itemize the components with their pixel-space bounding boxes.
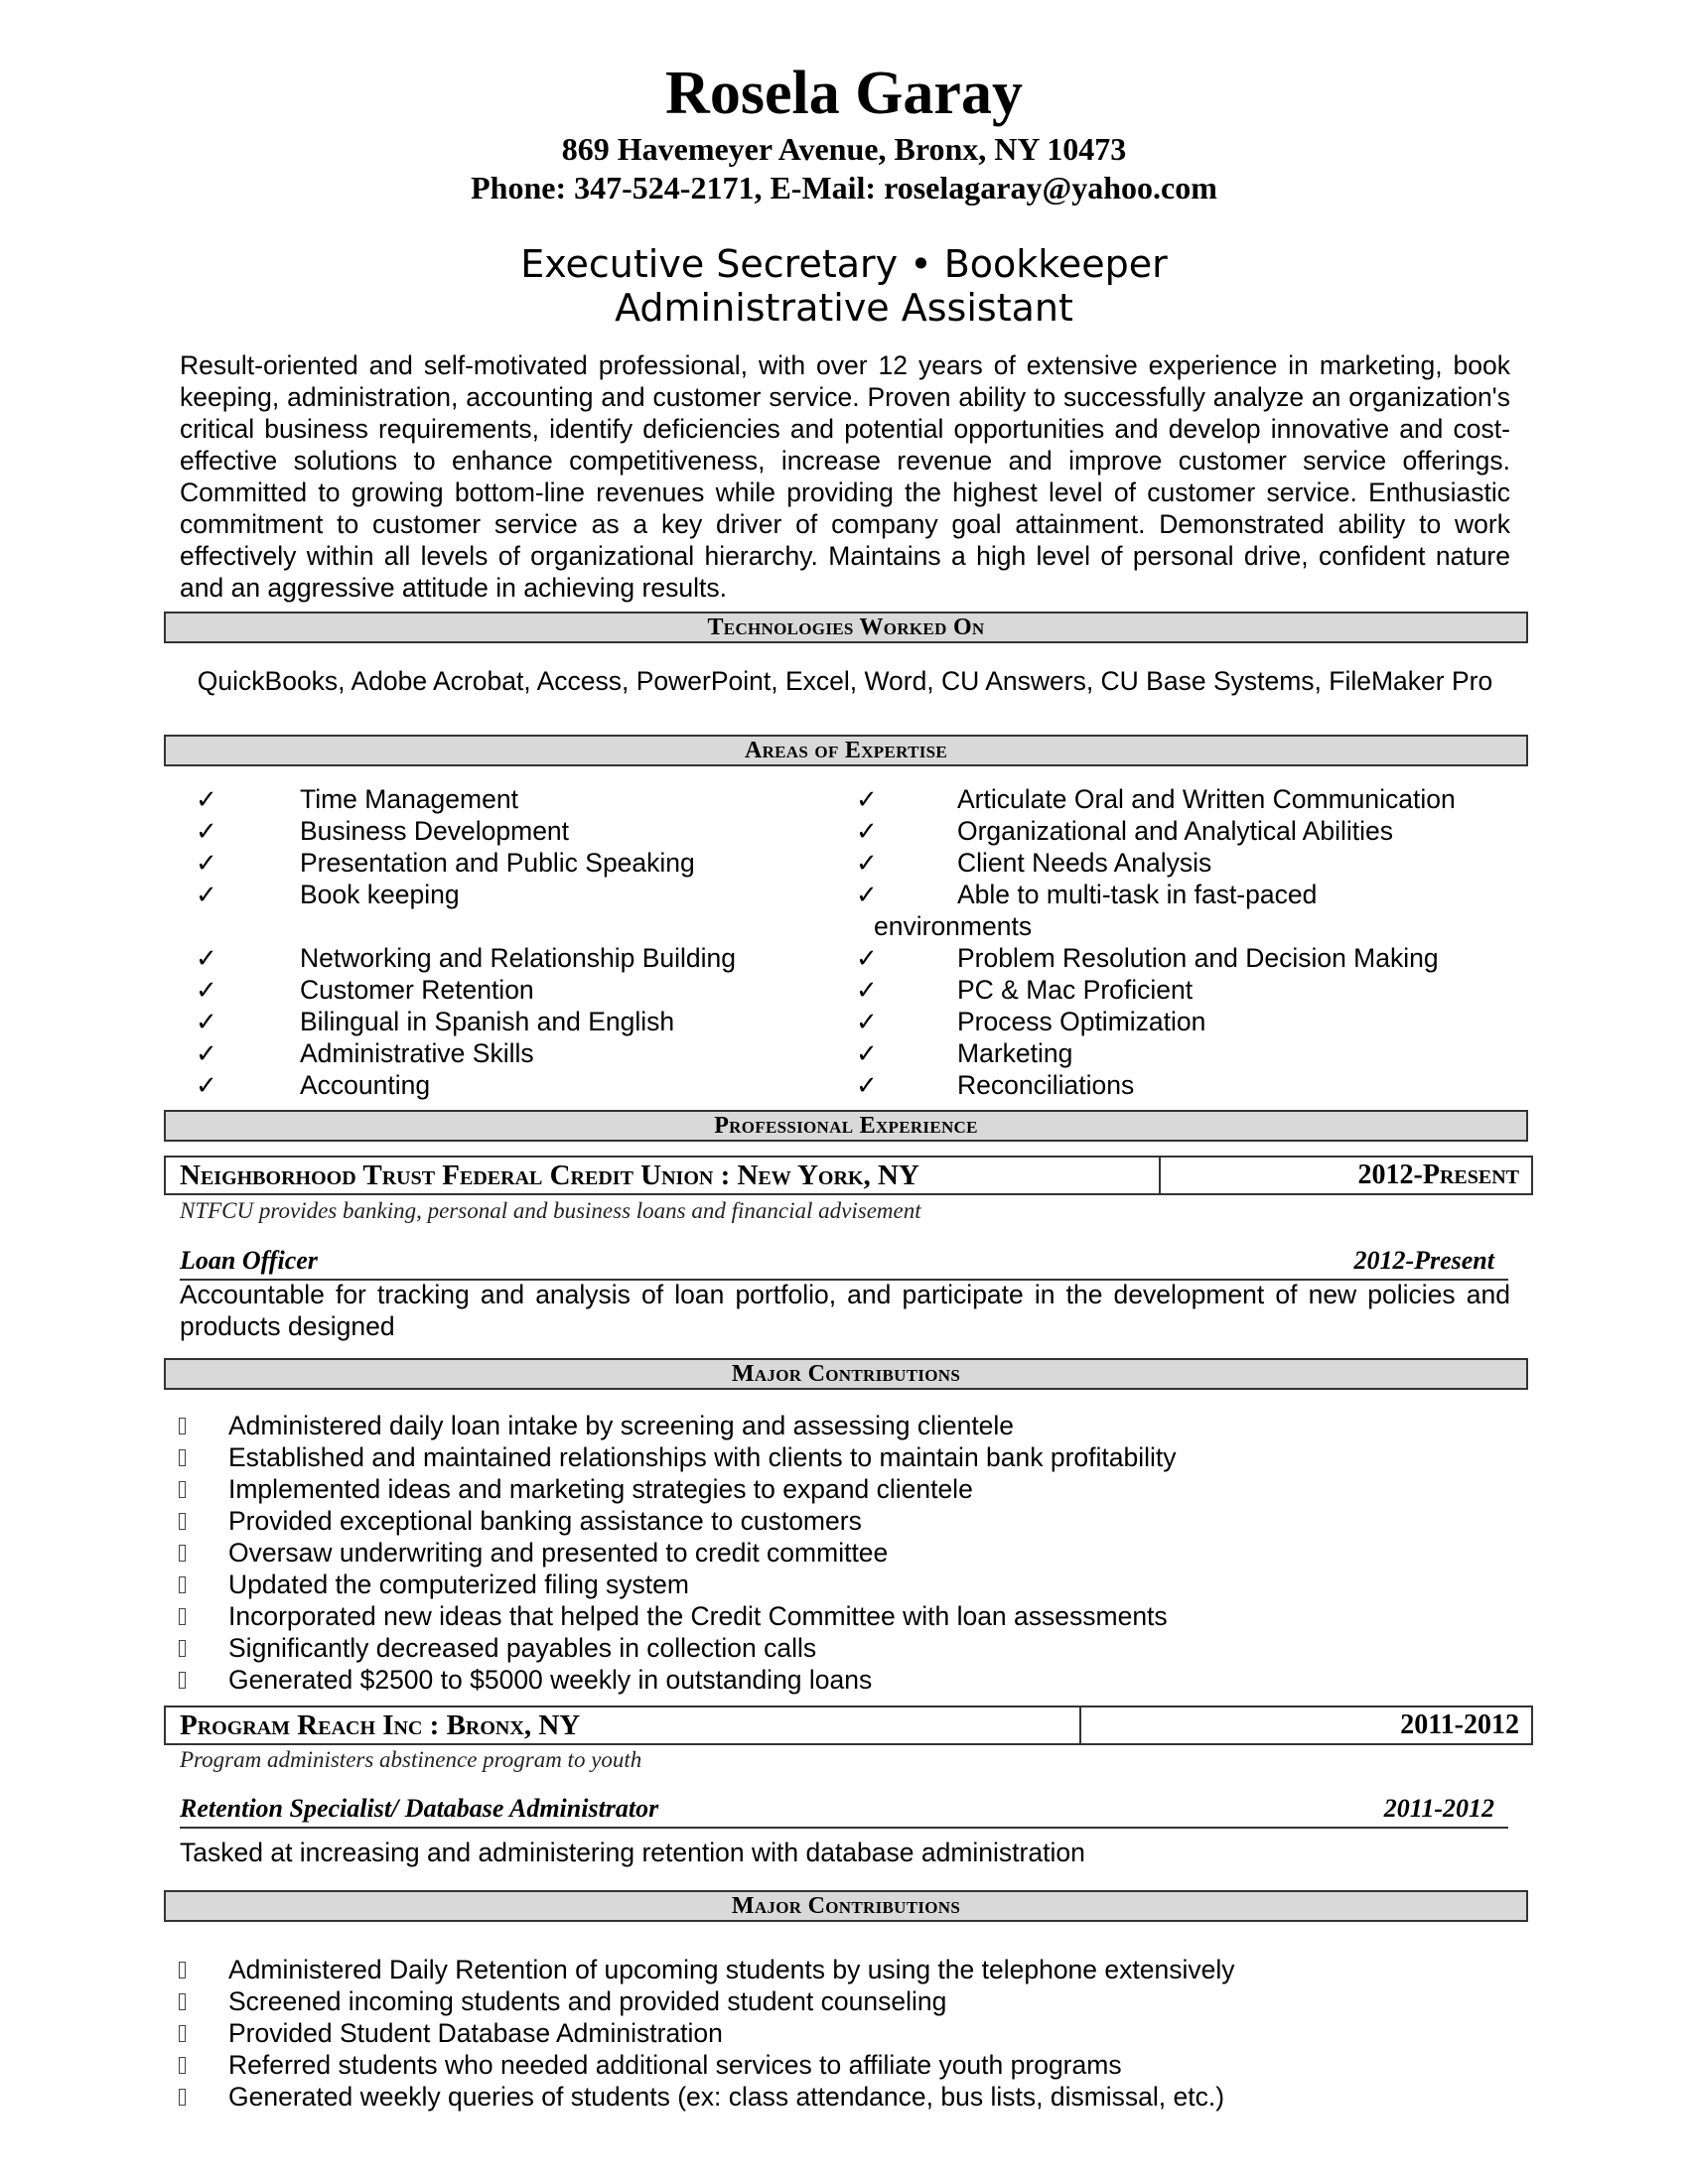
bullet-box-icon <box>179 1545 186 1562</box>
expertise-label: Customer Retention <box>300 974 534 1006</box>
candidate-address: 869 Havemeyer Avenue, Bronx, NY 10473 <box>0 129 1688 169</box>
contribution-text: Generated $2500 to $5000 weekly in outst… <box>228 1664 872 1696</box>
role-row: Retention Specialist/ Database Administr… <box>180 1793 1508 1829</box>
resume-page: Rosela Garay 869 Havemeyer Avenue, Bronx… <box>0 0 1688 2184</box>
check-icon: ✓ <box>856 847 878 879</box>
expertise-label: Articulate Oral and Written Communicatio… <box>957 783 1456 815</box>
expertise-label: Presentation and Public Speaking <box>300 847 695 879</box>
check-icon: ✓ <box>196 942 217 974</box>
role-title: Retention Specialist/ Database Administr… <box>180 1793 658 1825</box>
employer-row-divider <box>1079 1707 1081 1743</box>
expertise-label: Business Development <box>300 815 569 847</box>
check-icon: ✓ <box>196 1069 217 1101</box>
contribution-text: Generated weekly queries of students (ex… <box>228 2081 1224 2113</box>
contribution-text: Administered Daily Retention of upcoming… <box>228 1954 1234 1985</box>
expertise-label: Reconciliations <box>957 1069 1134 1101</box>
bullet-box-icon <box>179 1672 186 1689</box>
role-title: Loan Officer <box>180 1245 318 1277</box>
role-dates: 2011-2012 <box>1384 1793 1494 1825</box>
check-icon: ✓ <box>196 1006 217 1037</box>
employer-row: Program Reach Inc : Bronx, NY 2011-2012 <box>164 1706 1533 1745</box>
role-description: Accountable for tracking and analysis of… <box>180 1279 1510 1342</box>
employer-description: Program administers abstinence program t… <box>180 1745 641 1775</box>
bullet-box-icon <box>179 2025 186 2042</box>
professional-summary: Result-oriented and self-motivated profe… <box>180 349 1510 604</box>
employer-dates: 2012-Present <box>1358 1158 1519 1193</box>
job-title-line-1: Executive Secretary • Bookkeeper <box>0 242 1688 286</box>
contribution-text: Incorporated new ideas that helped the C… <box>228 1600 1168 1632</box>
candidate-name: Rosela Garay <box>0 58 1688 129</box>
bullet-box-icon <box>179 1640 186 1657</box>
bullet-box-icon <box>179 2057 186 2074</box>
expertise-label: Process Optimization <box>957 1006 1205 1037</box>
bullet-box-icon <box>179 1962 186 1979</box>
section-header-contributions-1: Major Contributions <box>164 1358 1528 1390</box>
contribution-text: Updated the computerized filing system <box>228 1569 689 1600</box>
employer-name: Neighborhood Trust Federal Credit Union … <box>180 1158 919 1193</box>
bullet-box-icon <box>179 1449 186 1466</box>
expertise-label: Able to multi-task in fast-paced <box>957 879 1317 910</box>
check-icon: ✓ <box>196 815 217 847</box>
check-icon: ✓ <box>196 847 217 879</box>
contribution-text: Significantly decreased payables in coll… <box>228 1632 816 1664</box>
expertise-label: Administrative Skills <box>300 1037 534 1069</box>
check-icon: ✓ <box>856 815 878 847</box>
job-title-line-2: Administrative Assistant <box>0 286 1688 330</box>
expertise-label: Organizational and Analytical Abilities <box>957 815 1393 847</box>
expertise-label: Marketing <box>957 1037 1072 1069</box>
expertise-label: PC & Mac Proficient <box>957 974 1193 1006</box>
check-icon: ✓ <box>196 879 217 910</box>
check-icon: ✓ <box>856 1037 878 1069</box>
bullet-box-icon <box>179 1513 186 1530</box>
contribution-text: Established and maintained relationships… <box>228 1441 1177 1473</box>
check-icon: ✓ <box>856 974 878 1006</box>
check-icon: ✓ <box>856 879 878 910</box>
job-titles: Executive Secretary • Bookkeeper Adminis… <box>0 242 1688 330</box>
role-row: Loan Officer 2012-Present <box>180 1245 1508 1281</box>
bullet-box-icon <box>179 1576 186 1593</box>
bullet-box-icon <box>179 1993 186 2010</box>
check-icon: ✓ <box>856 1006 878 1037</box>
expertise-label: Bilingual in Spanish and English <box>300 1006 674 1037</box>
expertise-label: Problem Resolution and Decision Making <box>957 942 1439 974</box>
contribution-text: Referred students who needed additional … <box>228 2049 1122 2081</box>
expertise-label: Networking and Relationship Building <box>300 942 736 974</box>
employer-dates: 2011-2012 <box>1400 1707 1519 1743</box>
bullet-box-icon <box>179 1608 186 1625</box>
expertise-label: Book keeping <box>300 879 460 910</box>
technologies-list: QuickBooks, Adobe Acrobat, Access, Power… <box>180 665 1510 697</box>
contribution-text: Administered daily loan intake by screen… <box>228 1410 1014 1441</box>
check-icon: ✓ <box>196 974 217 1006</box>
contribution-text: Provided Student Database Administration <box>228 2017 723 2049</box>
expertise-label: Accounting <box>300 1069 430 1101</box>
candidate-contact: Phone: 347-524-2171, E-Mail: roselagaray… <box>0 168 1688 207</box>
check-icon: ✓ <box>196 1037 217 1069</box>
bullet-box-icon <box>179 2089 186 2106</box>
expertise-label: Time Management <box>300 783 518 815</box>
section-header-experience: Professional Experience <box>164 1110 1528 1142</box>
section-header-expertise: Areas of Expertise <box>164 735 1528 766</box>
check-icon: ✓ <box>856 1069 878 1101</box>
contribution-text: Provided exceptional banking assistance … <box>228 1505 862 1537</box>
section-header-technologies: Technologies Worked On <box>164 612 1528 643</box>
contribution-text: Screened incoming students and provided … <box>228 1985 946 2017</box>
bullet-box-icon <box>179 1418 186 1434</box>
expertise-label: Client Needs Analysis <box>957 847 1211 879</box>
expertise-item-continuation: environments <box>874 910 1032 942</box>
check-icon: ✓ <box>856 942 878 974</box>
check-icon: ✓ <box>856 783 878 815</box>
employer-row: Neighborhood Trust Federal Credit Union … <box>164 1156 1533 1195</box>
employer-name: Program Reach Inc : Bronx, NY <box>180 1707 580 1743</box>
contribution-text: Oversaw underwriting and presented to cr… <box>228 1537 888 1569</box>
contribution-text: Implemented ideas and marketing strategi… <box>228 1473 973 1505</box>
role-dates: 2012-Present <box>1353 1245 1494 1277</box>
role-description: Tasked at increasing and administering r… <box>180 1837 1510 1868</box>
check-icon: ✓ <box>196 783 217 815</box>
employer-row-divider <box>1159 1158 1161 1193</box>
employer-description: NTFCU provides banking, personal and bus… <box>180 1196 921 1226</box>
bullet-box-icon <box>179 1481 186 1498</box>
section-header-contributions-2: Major Contributions <box>164 1890 1528 1922</box>
